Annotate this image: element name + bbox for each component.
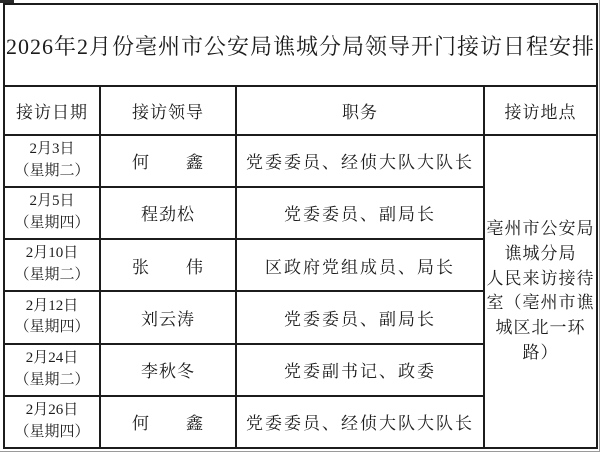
leader-cell: 张 伟 xyxy=(100,239,236,291)
leader-cell: 何 鑫 xyxy=(100,135,236,187)
column-header-location: 接访地点 xyxy=(484,86,597,134)
table-row: 2月3日 （星期二） 何 鑫 党委委员、经侦大队大队长 亳州市公安局 谯城分局 … xyxy=(4,135,597,187)
leader-cell: 何 鑫 xyxy=(100,396,236,448)
date-cell: 2月3日 （星期二） xyxy=(4,135,100,187)
location-cell: 亳州市公安局 谯城分局 人民来访接待 室（亳州市谯 城区北一环 路） xyxy=(484,135,597,448)
leader-cell: 程劲松 xyxy=(100,187,236,239)
scanned-document-page: 2026年2月份亳州市公安局谯城分局领导开门接访日程安排 接访日期 接访领导 职… xyxy=(0,0,600,452)
date-cell: 2月10日 （星期二） xyxy=(4,239,100,291)
leader-cell: 刘云涛 xyxy=(100,291,236,343)
leader-cell: 李秋冬 xyxy=(100,344,236,396)
position-cell: 区政府党组成员、局长 xyxy=(236,239,484,291)
column-header-leader: 接访领导 xyxy=(100,86,236,134)
position-cell: 党委委员、经侦大队大队长 xyxy=(236,396,484,448)
position-cell: 党委委员、副局长 xyxy=(236,187,484,239)
position-cell: 党委委员、经侦大队大队长 xyxy=(236,135,484,187)
date-cell: 2月5日 （星期四） xyxy=(4,187,100,239)
header-row: 接访日期 接访领导 职务 接访地点 xyxy=(4,86,597,134)
position-cell: 党委副书记、政委 xyxy=(236,344,484,396)
reception-schedule-table: 2026年2月份亳州市公安局谯城分局领导开门接访日程安排 接访日期 接访领导 职… xyxy=(3,3,598,449)
page-title: 2026年2月份亳州市公安局谯城分局领导开门接访日程安排 xyxy=(4,4,597,86)
date-cell: 2月24日 （星期二） xyxy=(4,344,100,396)
column-header-position: 职务 xyxy=(236,86,484,134)
title-row: 2026年2月份亳州市公安局谯城分局领导开门接访日程安排 xyxy=(4,4,597,86)
position-cell: 党委委员、副局长 xyxy=(236,291,484,343)
date-cell: 2月26日 （星期四） xyxy=(4,396,100,448)
date-cell: 2月12日 （星期四） xyxy=(4,291,100,343)
column-header-date: 接访日期 xyxy=(4,86,100,134)
